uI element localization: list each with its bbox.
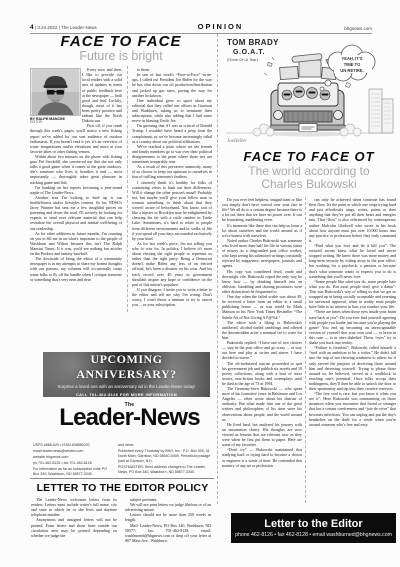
paragraph: “Don't try” — Bukowski maintained that s… (222, 447, 302, 467)
paragraph: The editor took a liking to Bukowski's u… (222, 320, 302, 340)
paragraph: One individual grew so upset about my ed… (132, 98, 212, 124)
paragraph: It's moments like these that can help us… (222, 223, 302, 238)
cartoon-drawing: TOM BRADY G.O.A.T. (Gone On A Tear) (222, 33, 396, 146)
paragraph: POSTMASTER: Send address changes to The … (118, 465, 213, 475)
article2-body: Do you ever feel helpless, insignificant… (222, 197, 396, 503)
paragraph: The Leader-News welcomes letters from it… (31, 497, 117, 517)
paragraph: “The free soul is rare, but you know it … (309, 391, 396, 427)
masthead-name: Leader-News (59, 404, 200, 431)
letter-policy-title: LETTER TO THE EDITOR POLICY (31, 483, 214, 494)
cartoonist-signature: JoeHeller (227, 139, 247, 144)
paragraph: I'm banking on her reports becoming a ye… (30, 185, 122, 195)
editorial-cartoon: TOM BRADY G.O.A.T. (Gone On A Tear) (222, 33, 396, 146)
paragraph: Noted author Charles Bukowski was someon… (222, 238, 302, 269)
paragraph: Do you ever feel helpless, insignificant… (222, 197, 302, 223)
paragraph: As for other additions in future months,… (30, 231, 122, 257)
paragraph: Mail: Leader-News, PO Box 340, Washburn,… (125, 523, 211, 543)
paragraph: The Germany-born Bukowski — who spent mo… (222, 386, 302, 422)
section-title: OPINION (198, 22, 244, 31)
anniversary-ad: UPCOMING ANNIVERSARY? Surprise a loved o… (43, 352, 210, 397)
article-bukowski-head: FACE TO FACE OT The world according to C… (222, 150, 396, 191)
paragraph: Another area I'm looking to beef up is o… (30, 195, 122, 231)
article1-kicker: FACE TO FACE (30, 34, 212, 49)
paragraph: First off, if you comb through this week… (30, 123, 122, 154)
paragraph: can only be achieved when someone has fo… (309, 197, 396, 243)
masthead-fineprint: USPS #666-#20 • ISSN #08880220email lead… (33, 443, 213, 476)
paragraph: He lived hard, but analyzed his journey … (222, 422, 302, 448)
paragraph: We've reached a point where we see frien… (132, 144, 212, 164)
fineprint-column-1: USPS #666-#20 • ISSN #08880220email lead… (33, 443, 113, 476)
ad-subtext: Surprise a loved one with an anniversary… (43, 384, 210, 389)
paragraph: I sincerely think it's healthy for folks… (132, 180, 212, 241)
paragraph: For information as far as subscription w… (33, 467, 113, 476)
paragraph: As a result of this pervasive animosity,… (132, 164, 212, 179)
author-headshot-photo (30, 68, 81, 116)
paragraph: Anonymous and unsigned letters will not … (31, 517, 117, 537)
article1-body: BY RALPH MANCINI EDITOR Every now and th… (30, 67, 212, 345)
issue-date: 3.24.2022 (37, 25, 57, 30)
article2-subtitle: The world according to Charles Bukowski (222, 165, 396, 191)
paragraph: USPS #666-#20 • ISSN #08880220 (33, 443, 113, 448)
paragraph: The downside of being the editor of a co… (30, 256, 122, 282)
policy-column-1: The Leader-News welcomes letters from it… (31, 497, 117, 557)
letter-policy-body: The Leader-News welcomes letters from it… (31, 497, 214, 557)
letter-policy: LETTER TO THE EDITOR POLICY The Leader-N… (31, 483, 214, 557)
divider-rule (30, 478, 214, 479)
paragraph: email leadernews@westriv.com (33, 449, 113, 454)
article2-column-2: can only be achieved when someone has fo… (309, 197, 396, 503)
publication-name: The Leader-News (61, 25, 97, 30)
paragraph: Published every Thursday by BHG, Inc., P… (118, 449, 213, 464)
article1-column-2: to them.In one of last week's “Face-to-F… (132, 67, 212, 345)
paragraph: If you disagree, I invite you to write a… (132, 287, 212, 307)
cartoon-title-line2: G.O.A.T. (233, 49, 265, 56)
masthead: The Leader-News (30, 402, 215, 430)
paragraph: The oft-inebriated outcast proceeded to … (222, 361, 302, 387)
article1-title: Future is bright (30, 50, 212, 63)
paragraph: “Failure is freedom”: Bukowski called hi… (309, 345, 396, 391)
newspaper-opinion-page: 4 | 3.24.2022 | The Leader-News OPINION … (0, 0, 400, 567)
page-number: 4 (30, 24, 34, 31)
cartoon-license-plate (299, 124, 317, 132)
paragraph: and news (118, 443, 213, 448)
paragraph: In one of last week's “Face-to-Face” wri… (132, 72, 212, 98)
ad-call-line: CALL 701-462-8126 FOR MORE INFORMATION (43, 392, 210, 397)
cartoon-title-line3: (Gone On A Tear) (227, 57, 259, 62)
paragraph: “Some people like what you do, some peop… (309, 279, 396, 310)
cartoon-title-line1: TOM BRADY (227, 38, 279, 47)
article2-column-1: Do you ever feel helpless, insignificant… (222, 197, 302, 503)
paragraph: We will not print letters we judge libel… (125, 502, 211, 512)
article1-column-1: BY RALPH MANCINI EDITOR Every now and th… (30, 67, 122, 345)
author-photo-block: BY RALPH MANCINI EDITOR (30, 68, 79, 125)
policy-column-2: subject pertinent.We will not print lett… (125, 497, 211, 557)
paragraph: ph 701-462-8126 • fax 701-462-8128 (33, 461, 113, 466)
bubble-line3: UN-RETIRE. (340, 68, 363, 73)
paragraph: website bhgnews.com (33, 455, 113, 460)
page-folio: 4 | 3.24.2022 | The Leader-News (30, 24, 97, 31)
paragraph: Within about two minutes on the phone wi… (30, 154, 122, 185)
paragraph: Letters should not be more than 250 word… (125, 512, 211, 522)
article-future-is-bright: FACE TO FACE Future is bright (30, 34, 212, 345)
letter-box-title: Letter to the Editor (231, 518, 396, 530)
paragraph: “There are times when those eyes inside … (309, 309, 396, 345)
page-header: 4 | 3.24.2022 | The Leader-News OPINION … (30, 20, 372, 34)
letter-to-editor-box: Letter to the Editor phone 462-8126 • fa… (231, 513, 396, 543)
ad-headline: UPCOMING ANNIVERSARY? (43, 352, 210, 382)
cartoon-car (268, 83, 348, 137)
bubble-line2: TIME TO (344, 62, 361, 67)
bubble-line1: YEAH, IT'S (342, 56, 363, 61)
paragraph: I'm guessing that if I was as critical o… (132, 123, 212, 143)
paragraph: “Find what you love and let it kill you”… (309, 243, 396, 279)
article2-kicker: FACE TO FACE OT (222, 150, 396, 163)
article2-subtitle-line2: Charles Bukowski (222, 178, 396, 191)
fineprint-column-2: and newsPublished every Thursday by BHG,… (118, 443, 213, 476)
website-url: bhgnews.com (344, 26, 372, 31)
paragraph: One day when the failed scribe was about… (222, 294, 302, 320)
paragraph: Bukowski replied: “I have one of two cho… (222, 340, 302, 360)
byline-role: EDITOR (30, 121, 79, 125)
paragraph: As for last week's piece, I'm not tellin… (132, 241, 212, 287)
letter-box-contact: phone 462-8126 • fax 462-8128 • email wa… (231, 532, 396, 538)
section-divider-rule (217, 34, 218, 504)
paragraph: His copy was considered lewd, crude and … (222, 269, 302, 295)
